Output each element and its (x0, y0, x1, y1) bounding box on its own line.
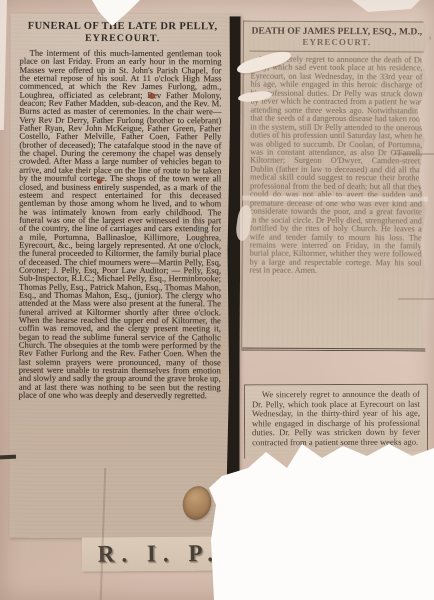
short-notice-clipping: We sincerely regret to announce the deat… (244, 384, 428, 461)
ink-border-bar (226, 16, 240, 536)
funeral-headline-line1: FUNERAL OF THE LATE DR PELLY, (21, 21, 225, 34)
short-notice-body-text: We sincerely regret to announce the deat… (252, 390, 420, 448)
funeral-headline-line2: EYRECOURT. (21, 33, 225, 46)
red-ink-stain (149, 93, 155, 99)
death-notice-body-text: We sincerely regret to announce the deat… (250, 56, 423, 277)
red-ink-stain (97, 179, 102, 184)
rip-text: R. I. P. (98, 540, 220, 568)
crease-line (398, 298, 434, 300)
death-notice-headline-line1: DEATH OF JAMES PELLY, ESQ., M.D., (250, 26, 424, 38)
death-notice-headline-line2: EYRECOURT. (250, 37, 424, 49)
scanned-clippings-page: FUNERAL OF THE LATE DR PELLY, EYRECOURT.… (0, 0, 434, 600)
fold-crease (242, 196, 428, 202)
funeral-clipping: FUNERAL OF THE LATE DR PELLY, EYRECOURT.… (9, 14, 240, 539)
crease-line (394, 153, 434, 155)
funeral-headline: FUNERAL OF THE LATE DR PELLY, EYRECOURT. (21, 21, 225, 46)
death-notice-headline: DEATH OF JAMES PELLY, ESQ., M.D., EYRECO… (250, 26, 424, 53)
death-notice-clipping: DEATH OF JAMES PELLY, ESQ., M.D., EYRECO… (241, 21, 431, 352)
funeral-body-text: The interment of this much-lamented gent… (19, 49, 222, 400)
ink-mark (0, 455, 16, 460)
